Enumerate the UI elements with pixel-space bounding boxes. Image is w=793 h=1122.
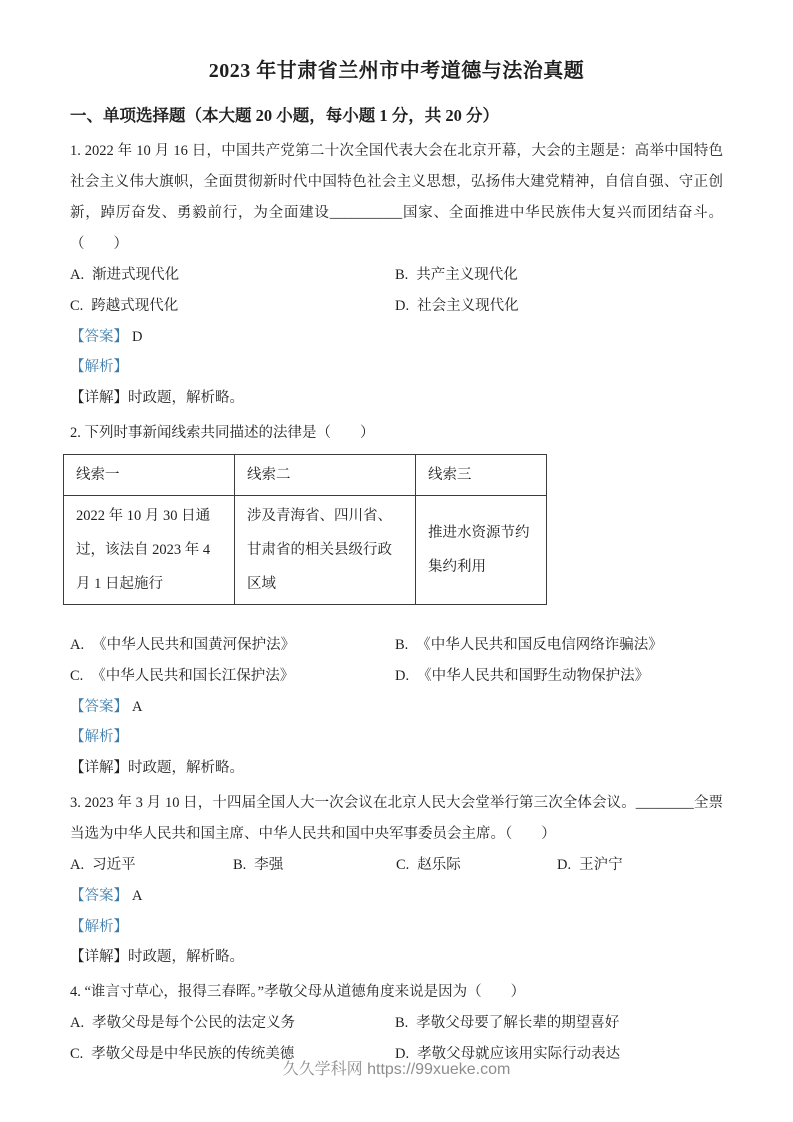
question-2-stem: 2. 下列时事新闻线索共同描述的法律是（ ） [70, 418, 723, 449]
option-text: 《中华人民共和国反电信网络诈骗法》 [416, 637, 663, 653]
option-label: B. [395, 267, 408, 283]
option-text: 《中华人民共和国黄河保护法》 [92, 637, 295, 653]
option-1a: A.渐进式现代化 [70, 260, 395, 291]
table-cell: 涉及青海省、四川省、甘肃省的相关县级行政区域 [235, 495, 416, 604]
option-text: 赵乐际 [417, 857, 461, 873]
question-1-analysis-line: 【解析】 [70, 352, 723, 383]
detail-text: 时政题，解析略。 [128, 949, 244, 965]
question-3-detail-line: 【详解】时政题，解析略。 [70, 942, 723, 973]
question-1-detail-line: 【详解】时政题，解析略。 [70, 383, 723, 414]
question-4-stem: 4. “谁言寸草心，报得三春晖。”孝敬父母从道德角度来说是因为（ ） [70, 977, 723, 1008]
section-heading: 一、单项选择题（本大题 20 小题，每小题 1 分，共 20 分） [70, 100, 723, 132]
option-4b: B.孝敬父母要了解长辈的期望喜好 [395, 1008, 723, 1039]
option-1b: B.共产主义现代化 [395, 260, 723, 291]
question-1-options: A.渐进式现代化 B.共产主义现代化 C.跨越式现代化 D.社会主义现代化 [70, 260, 723, 322]
table-cell: 2022 年 10 月 30 日通过，该法自 2023 年 4 月 1 日起施行 [64, 495, 235, 604]
clue-table: 线索一 线索二 线索三 2022 年 10 月 30 日通过，该法自 2023 … [63, 454, 547, 605]
table-header-cell: 线索三 [416, 454, 547, 495]
option-2a: A.《中华人民共和国黄河保护法》 [70, 630, 395, 661]
option-label: C. [70, 668, 83, 684]
answer-value: D [132, 329, 142, 345]
question-2-detail-line: 【详解】时政题，解析略。 [70, 753, 723, 784]
question-2-options: A.《中华人民共和国黄河保护法》 B.《中华人民共和国反电信网络诈骗法》 C.《… [70, 630, 723, 692]
option-text: 跨越式现代化 [91, 298, 178, 314]
answer-label: 【答案】 [70, 329, 128, 345]
option-label: D. [395, 298, 409, 314]
analysis-label: 【解析】 [70, 359, 128, 375]
option-label: A. [70, 637, 84, 653]
table-header-row: 线索一 线索二 线索三 [64, 454, 547, 495]
answer-label: 【答案】 [70, 699, 128, 715]
option-text: 孝敬父母是每个公民的法定义务 [92, 1015, 295, 1031]
table-row: 2022 年 10 月 30 日通过，该法自 2023 年 4 月 1 日起施行… [64, 495, 547, 604]
question-1-stem: 1. 2022 年 10 月 16 日，中国共产党第二十次全国代表大会在北京开幕… [70, 136, 723, 260]
option-text: 共产主义现代化 [416, 267, 518, 283]
option-label: D. [557, 857, 571, 873]
option-label: C. [70, 298, 83, 314]
question-3-stem: 3. 2023 年 3 月 10 日，十四届全国人大一次会议在北京人民大会堂举行… [70, 788, 723, 850]
option-3d: D.王沪宁 [557, 850, 723, 881]
table-header-cell: 线索二 [235, 454, 416, 495]
option-3b: B.李强 [233, 850, 396, 881]
option-2c: C.《中华人民共和国长江保护法》 [70, 661, 395, 692]
table-header-cell: 线索一 [64, 454, 235, 495]
option-3c: C.赵乐际 [396, 850, 557, 881]
option-text: 渐进式现代化 [92, 267, 179, 283]
answer-value: A [132, 699, 142, 715]
option-1d: D.社会主义现代化 [395, 291, 723, 322]
detail-text: 时政题，解析略。 [128, 760, 244, 776]
option-text: 习近平 [92, 857, 136, 873]
option-1c: C.跨越式现代化 [70, 291, 395, 322]
option-text: 社会主义现代化 [417, 298, 519, 314]
option-text: 《中华人民共和国长江保护法》 [91, 668, 294, 684]
option-label: B. [395, 637, 408, 653]
question-1-answer-line: 【答案】D [70, 322, 723, 353]
option-4a: A.孝敬父母是每个公民的法定义务 [70, 1008, 395, 1039]
option-label: A. [70, 857, 84, 873]
question-2-analysis-line: 【解析】 [70, 722, 723, 753]
option-label: A. [70, 267, 84, 283]
option-2d: D.《中华人民共和国野生动物保护法》 [395, 661, 723, 692]
option-text: 孝敬父母要了解长辈的期望喜好 [416, 1015, 619, 1031]
analysis-label: 【解析】 [70, 919, 128, 935]
option-text: 《中华人民共和国野生动物保护法》 [417, 668, 649, 684]
answer-label: 【答案】 [70, 888, 128, 904]
analysis-label: 【解析】 [70, 729, 128, 745]
table-cell: 推进水资源节约集约利用 [416, 495, 547, 604]
option-3a: A.习近平 [70, 850, 233, 881]
option-label: A. [70, 1015, 84, 1031]
option-label: B. [395, 1015, 408, 1031]
detail-label: 【详解】 [70, 390, 128, 406]
detail-text: 时政题，解析略。 [128, 390, 244, 406]
option-label: D. [395, 668, 409, 684]
option-text: 李强 [254, 857, 283, 873]
option-text: 王沪宁 [579, 857, 623, 873]
detail-label: 【详解】 [70, 760, 128, 776]
exam-page: 2023 年甘肃省兰州市中考道德与法治真题 一、单项选择题（本大题 20 小题，… [0, 0, 793, 1070]
option-label: C. [396, 857, 409, 873]
question-3-options: A.习近平 B.李强 C.赵乐际 D.王沪宁 [70, 850, 723, 881]
option-2b: B.《中华人民共和国反电信网络诈骗法》 [395, 630, 723, 661]
detail-label: 【详解】 [70, 949, 128, 965]
page-title: 2023 年甘肃省兰州市中考道德与法治真题 [70, 54, 723, 88]
option-label: B. [233, 857, 246, 873]
question-2-answer-line: 【答案】A [70, 692, 723, 723]
answer-value: A [132, 888, 142, 904]
question-3-answer-line: 【答案】A [70, 881, 723, 912]
watermark-footer: 久久学科网 https://99xueke.com [0, 1058, 793, 1082]
question-3-analysis-line: 【解析】 [70, 912, 723, 943]
